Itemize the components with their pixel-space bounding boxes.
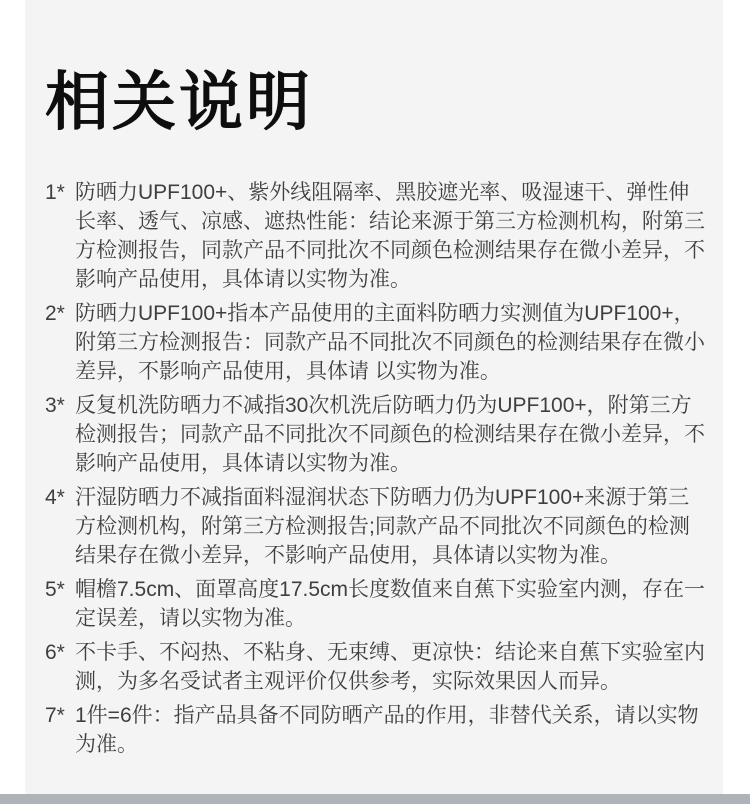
note-text: 防晒力UPF100+、紫外线阻隔率、黑胶遮光率、吸湿速干、弹性伸长率、透气、凉感… xyxy=(75,178,707,294)
note-item-4: 4* 汗湿防晒力不减指面料湿润状态下防晒力仍为UPF100+来源于第三方检测机构… xyxy=(45,483,707,570)
notes-panel: 相关说明 1* 防晒力UPF100+、紫外线阻隔率、黑胶遮光率、吸湿速干、弹性伸… xyxy=(25,0,723,794)
note-item-6: 6* 不卡手、不闷热、不粘身、无束缚、更凉快：结论来自蕉下实验室内测，为多名受试… xyxy=(45,638,707,696)
note-item-7: 7* 1件=6件：指产品具备不同防晒产品的作用，非替代关系，请以实物为准。 xyxy=(45,701,707,759)
bottom-divider-bar xyxy=(0,794,750,804)
note-text: 反复机洗防晒力不减指30次机洗后防晒力仍为UPF100+，附第三方检测报告；同款… xyxy=(75,391,707,478)
note-text: 帽檐7.5cm、面罩高度17.5cm长度数值来自蕉下实验室内测，存在一定误差，请… xyxy=(75,575,707,633)
note-marker: 1* xyxy=(45,178,75,207)
note-marker: 6* xyxy=(45,638,75,667)
note-text: 不卡手、不闷热、不粘身、无束缚、更凉快：结论来自蕉下实验室内测，为多名受试者主观… xyxy=(75,638,707,696)
note-marker: 7* xyxy=(45,701,75,730)
note-item-5: 5* 帽檐7.5cm、面罩高度17.5cm长度数值来自蕉下实验室内测，存在一定误… xyxy=(45,575,707,633)
product-description-page: 相关说明 1* 防晒力UPF100+、紫外线阻隔率、黑胶遮光率、吸湿速干、弹性伸… xyxy=(0,0,750,804)
note-item-1: 1* 防晒力UPF100+、紫外线阻隔率、黑胶遮光率、吸湿速干、弹性伸长率、透气… xyxy=(45,178,707,294)
note-text: 1件=6件：指产品具备不同防晒产品的作用，非替代关系，请以实物为准。 xyxy=(75,701,707,759)
note-item-2: 2* 防晒力UPF100+指本产品使用的主面料防晒力实测值为UPF100+，附第… xyxy=(45,299,707,386)
note-text: 防晒力UPF100+指本产品使用的主面料防晒力实测值为UPF100+，附第三方检… xyxy=(75,299,707,386)
note-item-3: 3* 反复机洗防晒力不减指30次机洗后防晒力仍为UPF100+，附第三方检测报告… xyxy=(45,391,707,478)
note-marker: 5* xyxy=(45,575,75,604)
note-marker: 3* xyxy=(45,391,75,420)
note-marker: 4* xyxy=(45,483,75,512)
note-marker: 2* xyxy=(45,299,75,328)
note-text: 汗湿防晒力不减指面料湿润状态下防晒力仍为UPF100+来源于第三方检测机构，附第… xyxy=(75,483,707,570)
page-title: 相关说明 xyxy=(45,0,707,138)
notes-list: 1* 防晒力UPF100+、紫外线阻隔率、黑胶遮光率、吸湿速干、弹性伸长率、透气… xyxy=(45,178,707,759)
